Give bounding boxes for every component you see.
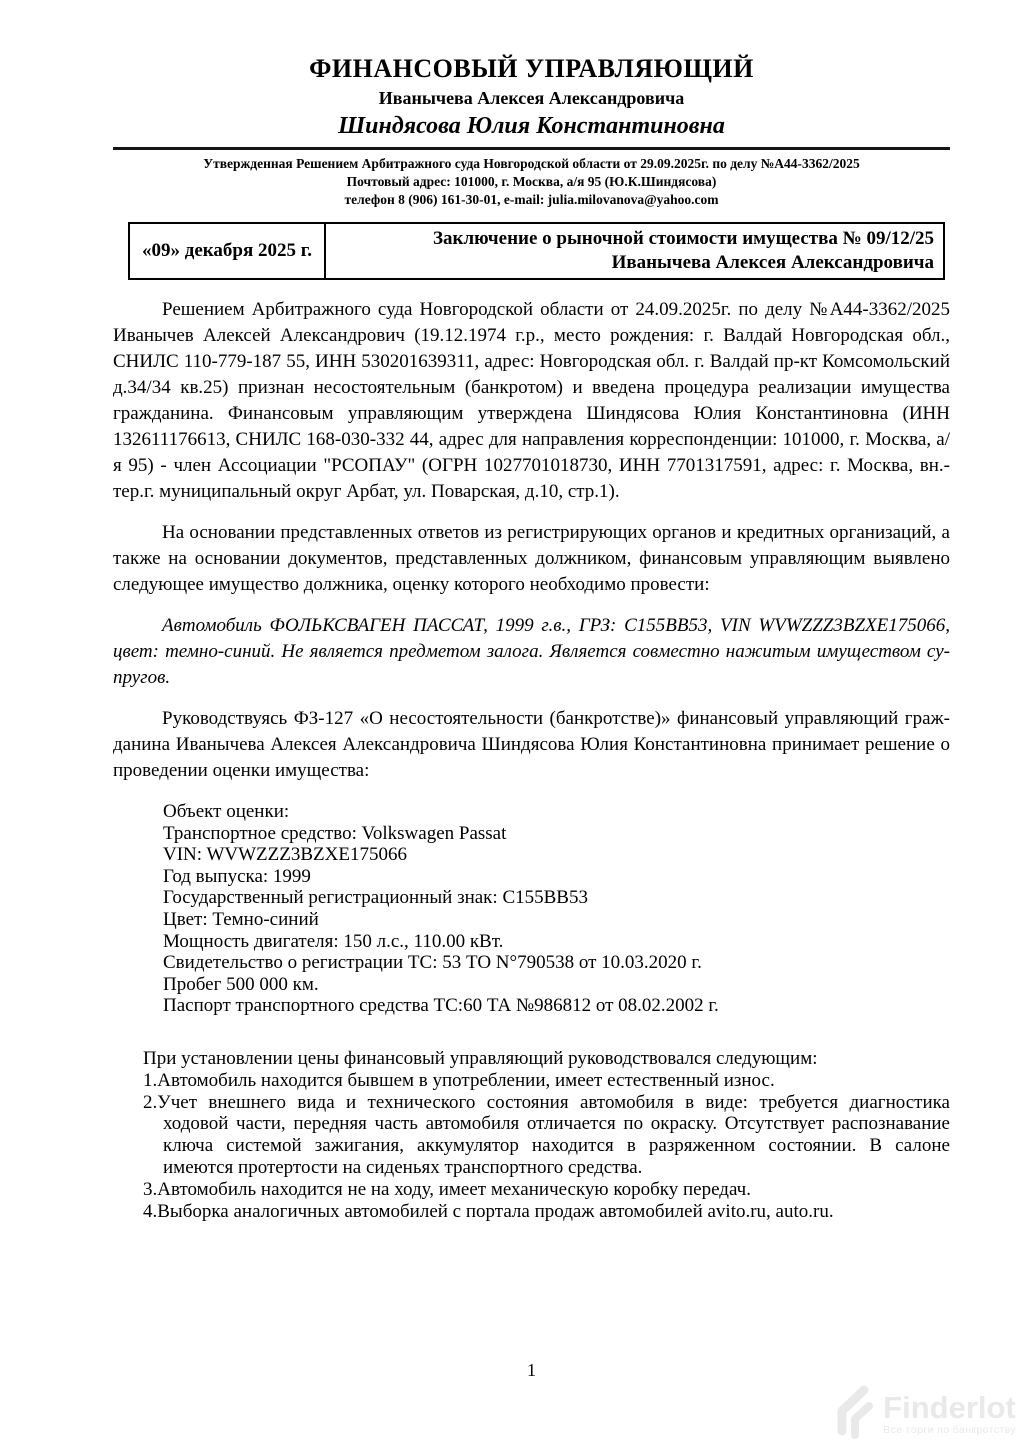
letterhead-debtor-name: Иванычева Алексея Александровича [113, 87, 950, 109]
finderlot-logo-icon [830, 1383, 876, 1446]
paragraph-identified-property: На основании представленных ответов из р… [113, 520, 950, 598]
object-line-color: Цвет: Темно-синий [113, 909, 950, 931]
document-content: ФИНАНСОВЫЙ УПРАВЛЯЮЩИЙ Иванычева Алексея… [113, 0, 950, 1222]
object-line-passport: Паспорт транспортного средства ТС:60 ТА … [113, 995, 950, 1017]
letterhead-divider [113, 147, 950, 150]
object-line-heading: Объект оценки: [113, 801, 950, 823]
conclusion-header-row: «09» декабря 2025 г. Заключение о рыночн… [129, 223, 944, 279]
paragraph-valuation-decision: Руководствуясь ФЗ-127 «О несостоятельнос… [113, 706, 950, 784]
letterhead-title: ФИНАНСОВЫЙ УПРАВЛЯЮЩИЙ [113, 54, 950, 84]
letterhead-manager-name: Шиндясова Юлия Константиновна [113, 112, 950, 140]
finderlot-watermark: Finderlot Все торги по банкротству [830, 1383, 1016, 1446]
pricing-basis-section: При установлении цены финансовый управля… [143, 1048, 950, 1222]
conclusion-header-table: «09» декабря 2025 г. Заключение о рыночн… [128, 222, 945, 280]
paragraph-court-decision: Решением Арбитражного суда Новгородской … [113, 297, 950, 505]
pricing-basis-item-4: 4.Выборка аналогичных автомобилей с порт… [143, 1201, 950, 1223]
page-number: 1 [113, 1360, 950, 1381]
pricing-basis-intro: При установлении цены финансовый управля… [143, 1048, 950, 1070]
conclusion-title-cell: Заключение о рыночной стоимости имуществ… [325, 223, 944, 279]
pricing-basis-item-1: 1.Автомобиль находится бывшем в употребл… [143, 1070, 950, 1092]
watermark-text-block: Finderlot Все торги по банкротству [883, 1393, 1016, 1436]
letterhead-approved-line: Утвержденная Решением Арбитражного суда … [113, 155, 950, 173]
letterhead-postal-line: Почтовый адрес: 101000, г. Москва, а/я 9… [113, 173, 950, 191]
object-line-mileage: Пробег 500 000 км. [113, 974, 950, 996]
object-line-vehicle: Транспортное средство: Volkswagen Passat [113, 823, 950, 845]
pricing-basis-item-2: 2.Учет внешнего вида и технического сост… [143, 1092, 950, 1179]
object-line-engine-power: Мощность двигателя: 150 л.с., 110.00 кВт… [113, 931, 950, 953]
pricing-basis-item-3: 3.Автомобиль находится не на ходу, имеет… [143, 1179, 950, 1201]
document-page: ФИНАНСОВЫЙ УПРАВЛЯЮЩИЙ Иванычева Алексея… [0, 0, 1024, 1448]
object-line-vin: VIN: WVWZZZ3BZXE175066 [113, 844, 950, 866]
paragraph-vehicle-description: Автомобиль ФОЛЬКСВАГЕН ПАССАТ, 1999 г.в.… [113, 613, 950, 691]
valuation-object-list: Объект оценки: Транспортное средство: Vo… [113, 801, 950, 1017]
watermark-tagline: Все торги по банкротству [883, 1424, 1016, 1436]
conclusion-date-cell: «09» декабря 2025 г. [129, 223, 325, 279]
letterhead-contacts-line: телефон 8 (906) 161-30-01, e-mail: julia… [113, 191, 950, 209]
object-line-year: Год выпуска: 1999 [113, 866, 950, 888]
object-line-reg-plate: Государственный регистрационный знак: С1… [113, 887, 950, 909]
letterhead: ФИНАНСОВЫЙ УПРАВЛЯЮЩИЙ Иванычева Алексея… [113, 0, 950, 209]
conclusion-title-line2: Иванычева Алексея Александровича [335, 251, 934, 275]
object-line-reg-certificate: Свидетельство о регистрации ТС: 53 ТО N°… [113, 952, 950, 974]
watermark-brand: Finderlot [883, 1393, 1016, 1423]
conclusion-title-line1: Заключение о рыночной стоимости имуществ… [335, 227, 934, 251]
